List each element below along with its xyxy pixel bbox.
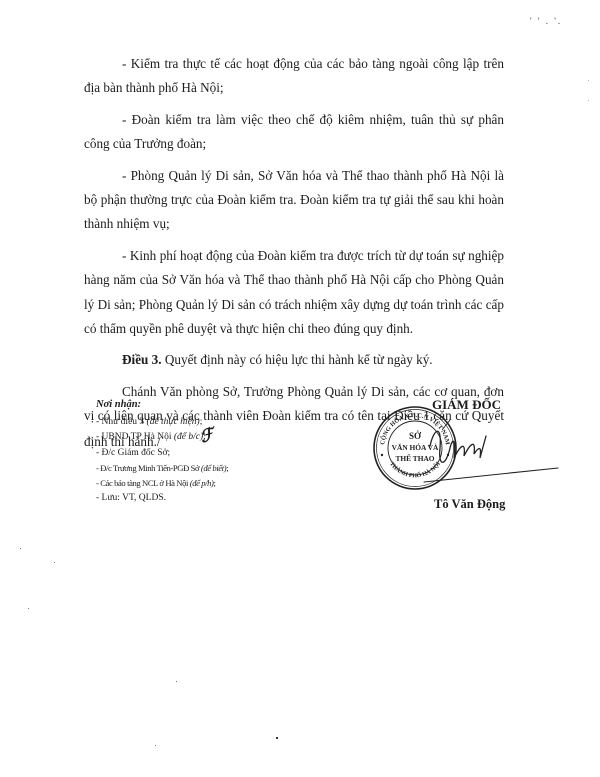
recipient-item: - Đ/c Trương Minh Tiến-PGĐ Sở (để biết); xyxy=(96,461,346,476)
scan-speck xyxy=(276,737,278,739)
page-corner-mark: ' ' . '. xyxy=(530,16,562,26)
scan-speck xyxy=(155,745,156,746)
article-3-text: Quyết định này có hiệu lực thi hành kể t… xyxy=(162,352,433,367)
article-3: Điều 3. Quyết định này có hiệu lực thi h… xyxy=(84,348,504,372)
signer-name: Tô Văn Động xyxy=(434,497,505,512)
recipient-item: - Lưu: VT, QLDS. xyxy=(96,491,346,506)
recipients-title: Nơi nhận: xyxy=(96,397,346,412)
recipients-block: Nơi nhận: - Như điều 3 (để thực hiện); -… xyxy=(96,397,346,506)
paragraph-standing-unit: - Phòng Quản lý Di sản, Sở Văn hóa và Th… xyxy=(84,164,504,237)
recipient-item: - UBND TP Hà Nội (để b/c); xyxy=(96,430,346,445)
scan-speck xyxy=(20,548,21,549)
scan-speck xyxy=(176,681,177,682)
recipient-item: - Đ/c Giám đốc Sở; xyxy=(96,446,346,461)
scan-speck xyxy=(588,100,589,101)
paragraph-working-regime: - Đoàn kiểm tra làm việc theo chế độ kiê… xyxy=(84,108,504,157)
handwritten-signature-icon xyxy=(420,418,560,508)
paragraph-inspection-scope: - Kiểm tra thực tế các hoạt động của các… xyxy=(84,52,504,101)
paragraph-funding: - Kinh phí hoạt động của Đoàn kiểm tra đ… xyxy=(84,244,504,342)
recipient-item: - Như điều 3 (để thực hiện); xyxy=(96,415,346,430)
recipient-item: - Các bảo tàng NCL ở Hà Nội (để p/h); xyxy=(96,476,346,491)
scan-speck xyxy=(54,562,55,563)
scan-speck xyxy=(588,80,589,81)
article-3-label: Điều 3. xyxy=(122,352,162,367)
scan-speck xyxy=(28,608,29,609)
